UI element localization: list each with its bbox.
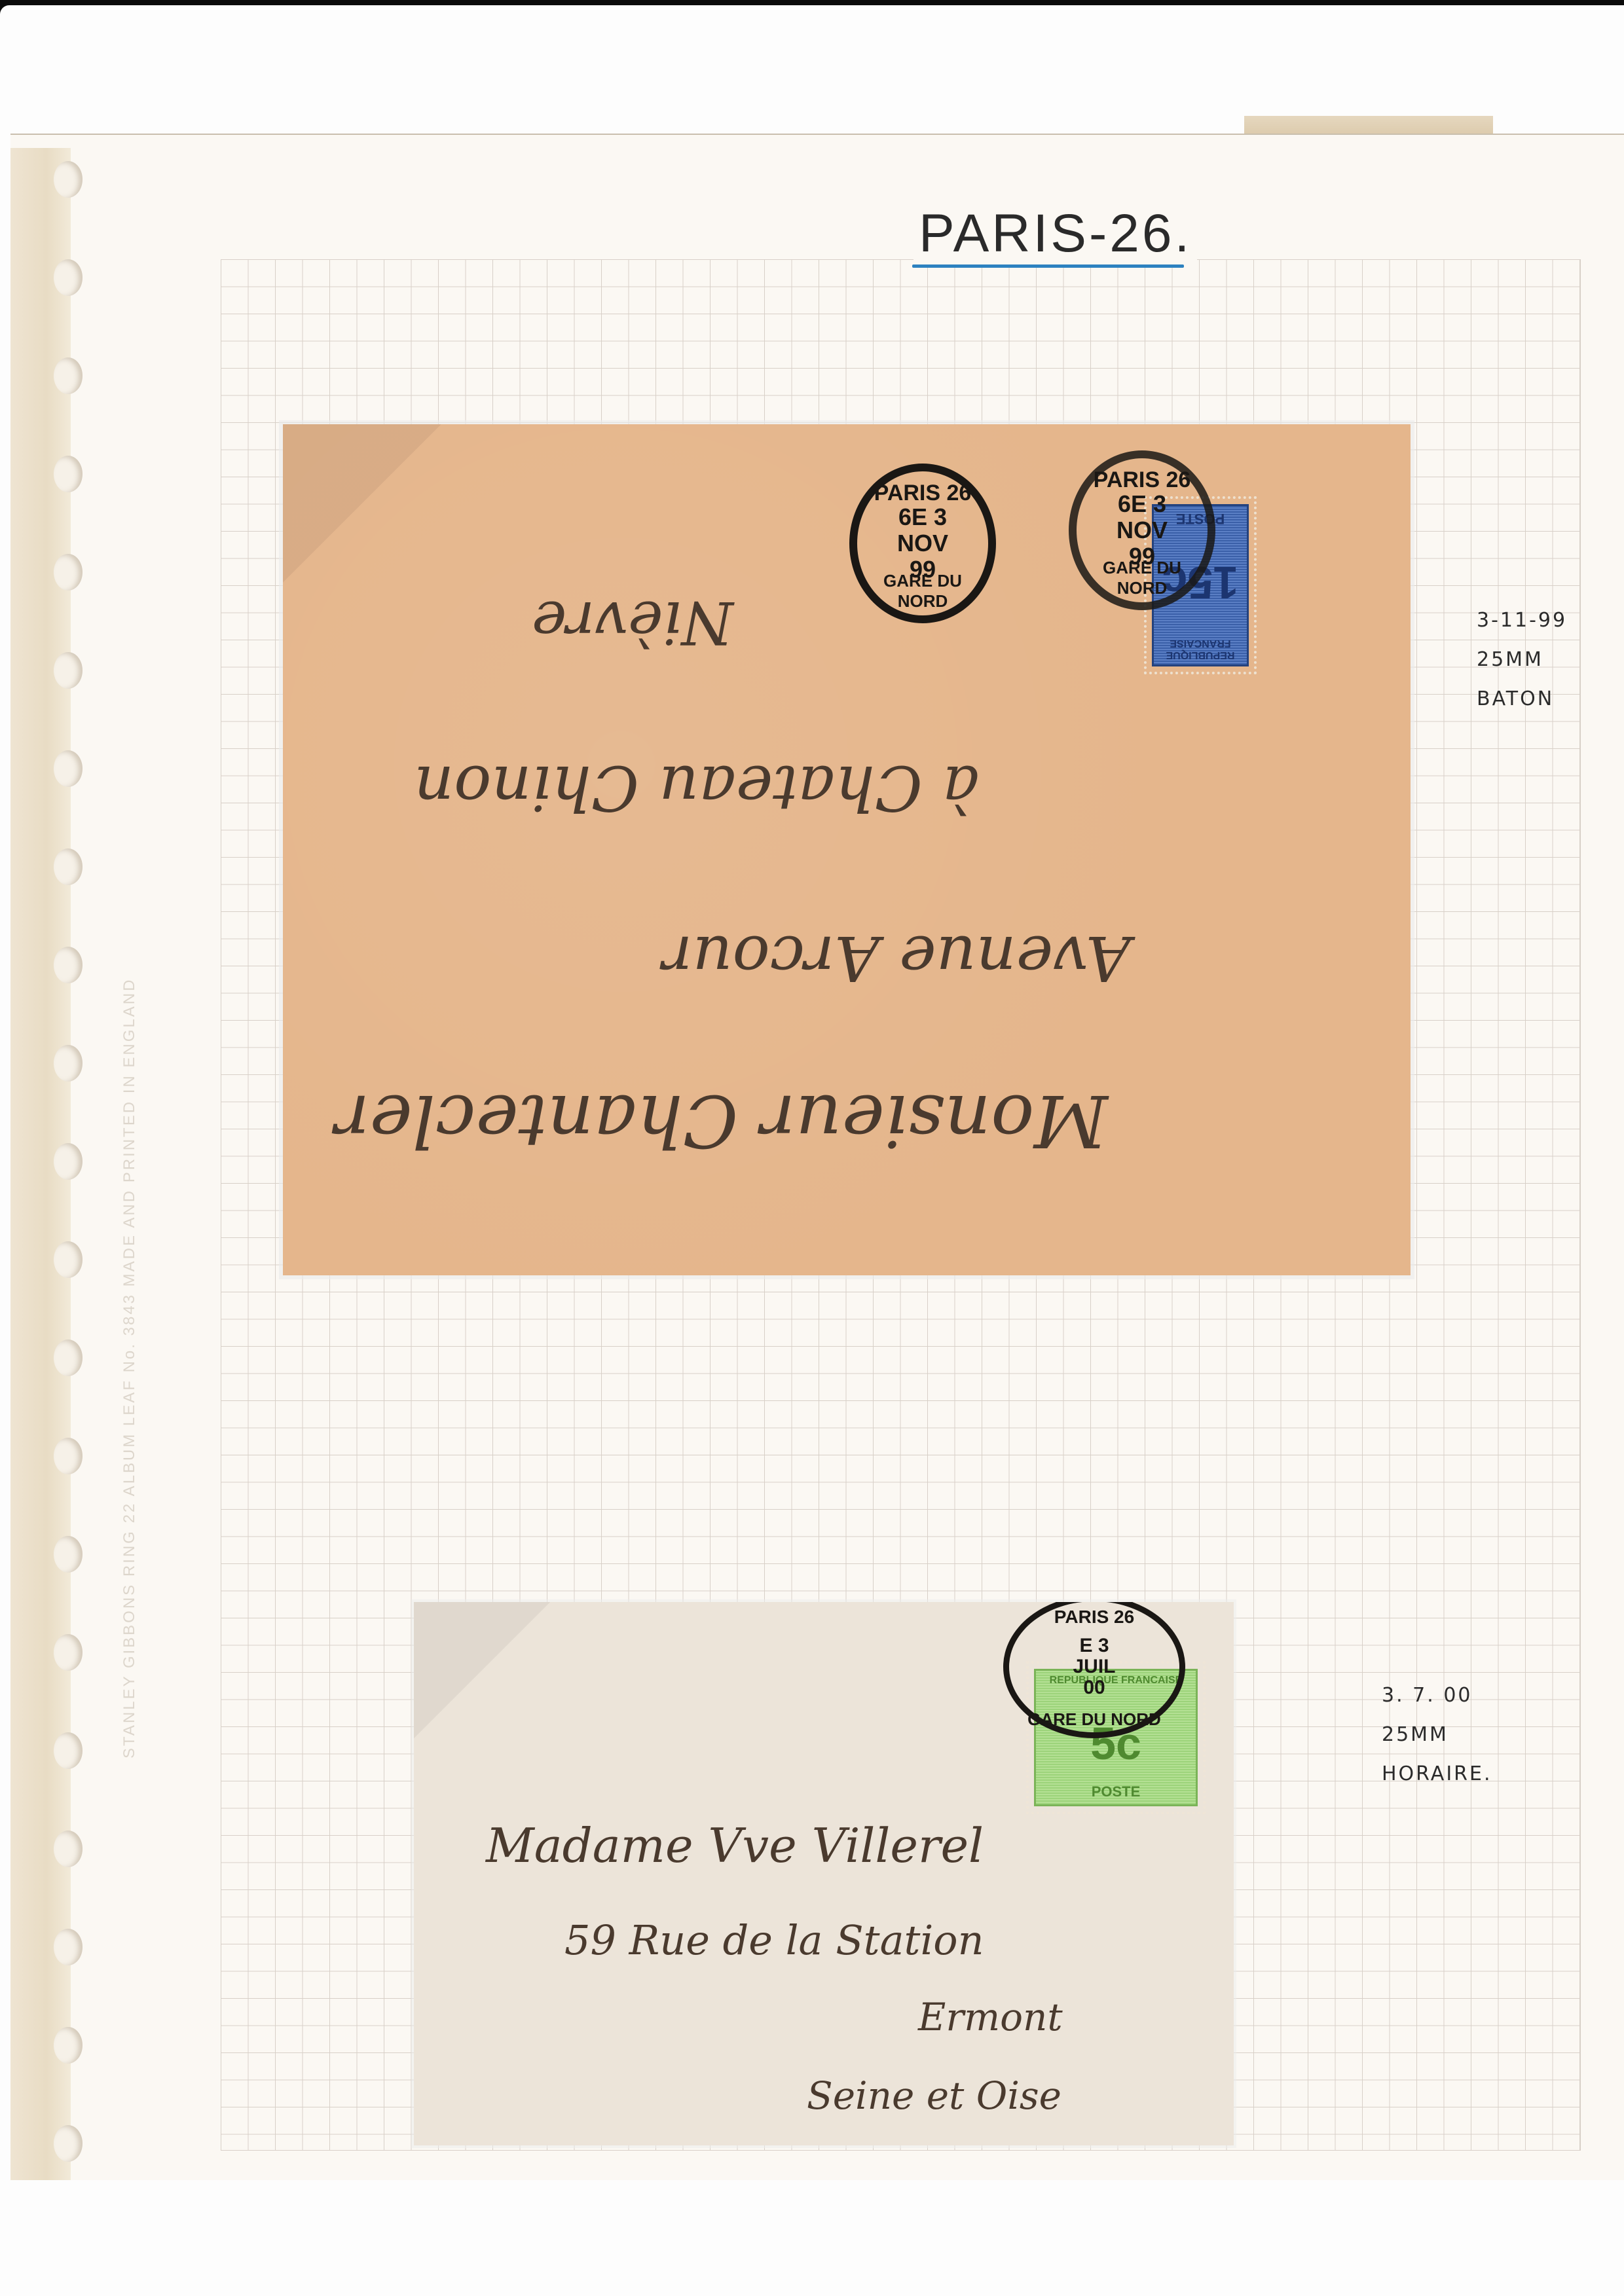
cover-2-address-line-3: Ermont: [918, 1995, 1063, 2039]
cover-1-address-line-1: Monsieur Chantecler: [335, 1079, 1108, 1163]
cover-2-type-note: HORAIRE.: [1382, 1755, 1492, 1794]
cover-1-size-note: 25MM: [1477, 640, 1567, 680]
cover-2-address-line-2: 59 Rue de la Station: [564, 1916, 984, 1964]
page-title: PARIS-26.: [913, 203, 1197, 264]
cover-1-notes: 3-11-99 25MM BATON: [1477, 601, 1567, 719]
cover-2-address-line-4: Seine et Oise: [807, 2073, 1061, 2118]
cover-1-type-note: BATON: [1477, 680, 1567, 719]
binder-hole: [54, 1732, 83, 1769]
binder-hole: [54, 1831, 83, 1867]
cover-2-address-line-1: Madame Vve Villerel: [486, 1818, 984, 1873]
cover-1-postmark-1: PARIS 26 6E 3 NOV 99 GARE DU NORD: [849, 464, 996, 623]
leaf-imprint: STANLEY GIBBONS RING 22 ALBUM LEAF No. 3…: [120, 978, 139, 1758]
binder-hole: [54, 456, 83, 492]
cover-2-notes: 3. 7. 00 25MM HORAIRE.: [1382, 1676, 1492, 1794]
binder-hole: [54, 1143, 83, 1180]
binder-hole: [54, 1045, 83, 1082]
binder-hole: [54, 357, 83, 394]
binder-hole: [54, 750, 83, 787]
binder-hole: [54, 1339, 83, 1376]
cover-2-date-note: 3. 7. 00: [1382, 1676, 1492, 1715]
binder-hole: [54, 259, 83, 296]
binder-hole: [54, 1241, 83, 1278]
cover-2-size-note: 25MM: [1382, 1715, 1492, 1755]
binder-hole: [54, 947, 83, 983]
cover-1-date-note: 3-11-99: [1477, 601, 1567, 640]
binder-hole: [54, 2125, 83, 2162]
cover-1-address-line-4: Nièvre: [532, 588, 733, 657]
cover-1-address-line-3: à Chateau Chinon: [414, 752, 980, 824]
binder-hole: [54, 1634, 83, 1671]
binder-hole: [54, 1438, 83, 1474]
binder-hole: [54, 1536, 83, 1573]
binder-hole: [54, 652, 83, 689]
cover-2-envelope: REPUBLIQUE FRANCAISE 5c POSTE PARIS 26 E…: [414, 1602, 1234, 2145]
cover-1-postmark-2: PARIS 26 6E 3 NOV 99 GARE DU NORD: [1069, 450, 1215, 610]
binder-hole: [54, 848, 83, 885]
binder-hole: [54, 1929, 83, 1965]
binder-hole: [54, 161, 83, 198]
cover-1-address-line-2: Avenue Arcour: [663, 922, 1130, 994]
cover-2-postmark: PARIS 26 E 3 JUIL 00 GARE DU NORD: [1003, 1602, 1185, 1738]
binder-hole: [54, 2027, 83, 2064]
title-underline: [912, 264, 1184, 268]
binder-hole: [54, 554, 83, 591]
cover-1-envelope: Nièvre à Chateau Chinon Avenue Arcour Mo…: [283, 424, 1411, 1275]
